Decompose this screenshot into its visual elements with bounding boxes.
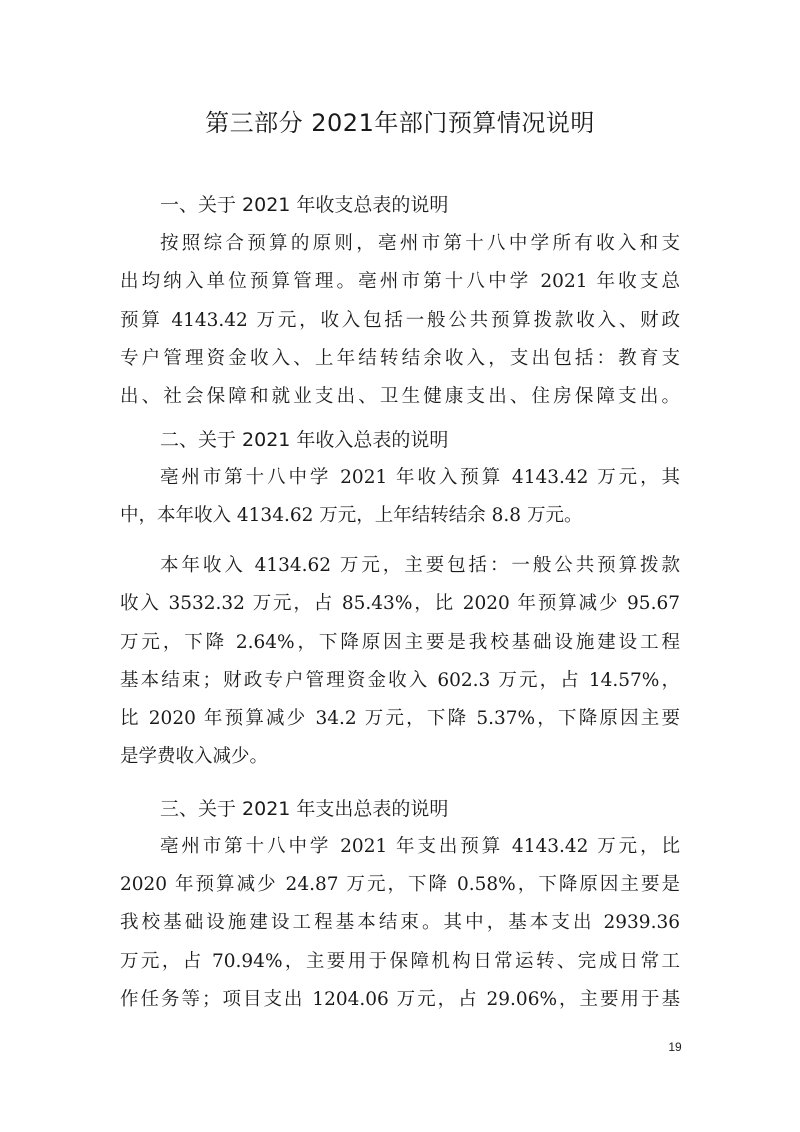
- paragraph-line: 中，本年收入 4134.62 万元，上年结转结余 8.8 万元。: [120, 504, 680, 528]
- page-title: 第三部分 2021年部门预算情况说明: [0, 103, 800, 138]
- paragraph-line: 万元，占 70.94%，主要用于保障机构日常运转、完成日常工: [120, 950, 680, 974]
- section-heading-2: 二、关于 2021 年收入总表的说明: [160, 425, 448, 452]
- section-heading-1: 一、关于 2021 年收支总表的说明: [160, 190, 448, 217]
- paragraph-line: 本年收入 4134.62 万元，主要包括：一般公共预算拨款: [160, 554, 680, 578]
- paragraph-line: 是学费收入减少。: [120, 745, 680, 769]
- paragraph-line: 预算 4143.42 万元，收入包括一般公共预算拨款收入、财政: [120, 309, 680, 333]
- paragraph-line: 专户管理资金收入、上年结转结余收入，支出包括：教育支: [120, 347, 680, 371]
- paragraph-line: 出、社会保障和就业支出、卫生健康支出、住房保障支出。: [120, 385, 680, 409]
- paragraph-line: 出均纳入单位预算管理。亳州市第十八中学 2021 年收支总: [120, 270, 680, 294]
- paragraph-line: 作任务等；项目支出 1204.06 万元，占 29.06%，主要用于基: [120, 988, 680, 1012]
- paragraph-line: 万元，下降 2.64%，下降原因主要是我校基础设施建设工程: [120, 631, 680, 655]
- paragraph-line: 基本结束；财政专户管理资金收入 602.3 万元，占 14.57%，: [120, 669, 680, 693]
- paragraph-line: 收入 3532.32 万元，占 85.43%，比 2020 年预算减少 95.6…: [120, 592, 680, 616]
- section-heading-3: 三、关于 2021 年支出总表的说明: [160, 794, 448, 821]
- paragraph-line: 我校基础设施建设工程基本结束。其中，基本支出 2939.36: [120, 911, 680, 935]
- paragraph-line: 按照综合预算的原则，亳州市第十八中学所有收入和支: [160, 232, 680, 256]
- paragraph-line: 亳州市第十八中学 2021 年支出预算 4143.42 万元，比: [160, 835, 680, 859]
- paragraph-line: 亳州市第十八中学 2021 年收入预算 4143.42 万元，其: [160, 466, 680, 490]
- paragraph-line: 比 2020 年预算减少 34.2 万元，下降 5.37%，下降原因主要: [120, 707, 680, 731]
- paragraph-line: 2020 年预算减少 24.87 万元，下降 0.58%，下降原因主要是: [120, 873, 680, 897]
- page-number: 19: [660, 1040, 690, 1054]
